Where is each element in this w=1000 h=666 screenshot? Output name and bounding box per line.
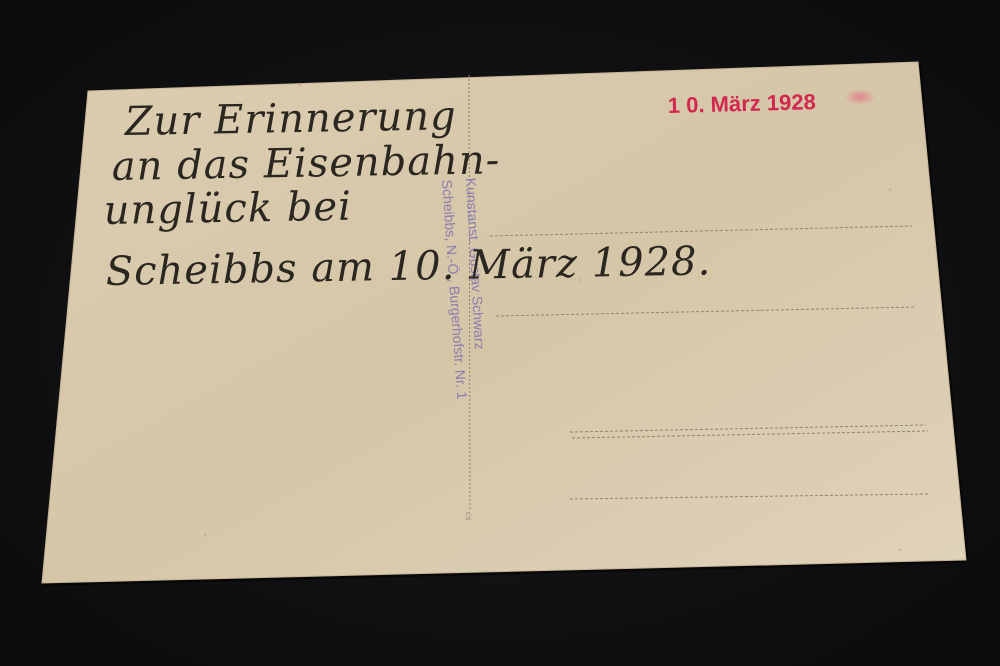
- postcard-svg: CS 1 0. März 1928 Kunstanst. Gustav Schw…: [0, 0, 1000, 666]
- handwriting-line-3: unglück bei: [103, 184, 352, 234]
- handwriting-line-1: Zur Erinnerung: [122, 93, 457, 145]
- photo-scene: CS 1 0. März 1928 Kunstanst. Gustav Schw…: [0, 0, 1000, 666]
- printer-mark: CS: [464, 512, 470, 520]
- date-stamp-text: 1 0. März 1928: [667, 89, 816, 118]
- handwriting-line-2: an das Eisenbahn-: [111, 137, 500, 190]
